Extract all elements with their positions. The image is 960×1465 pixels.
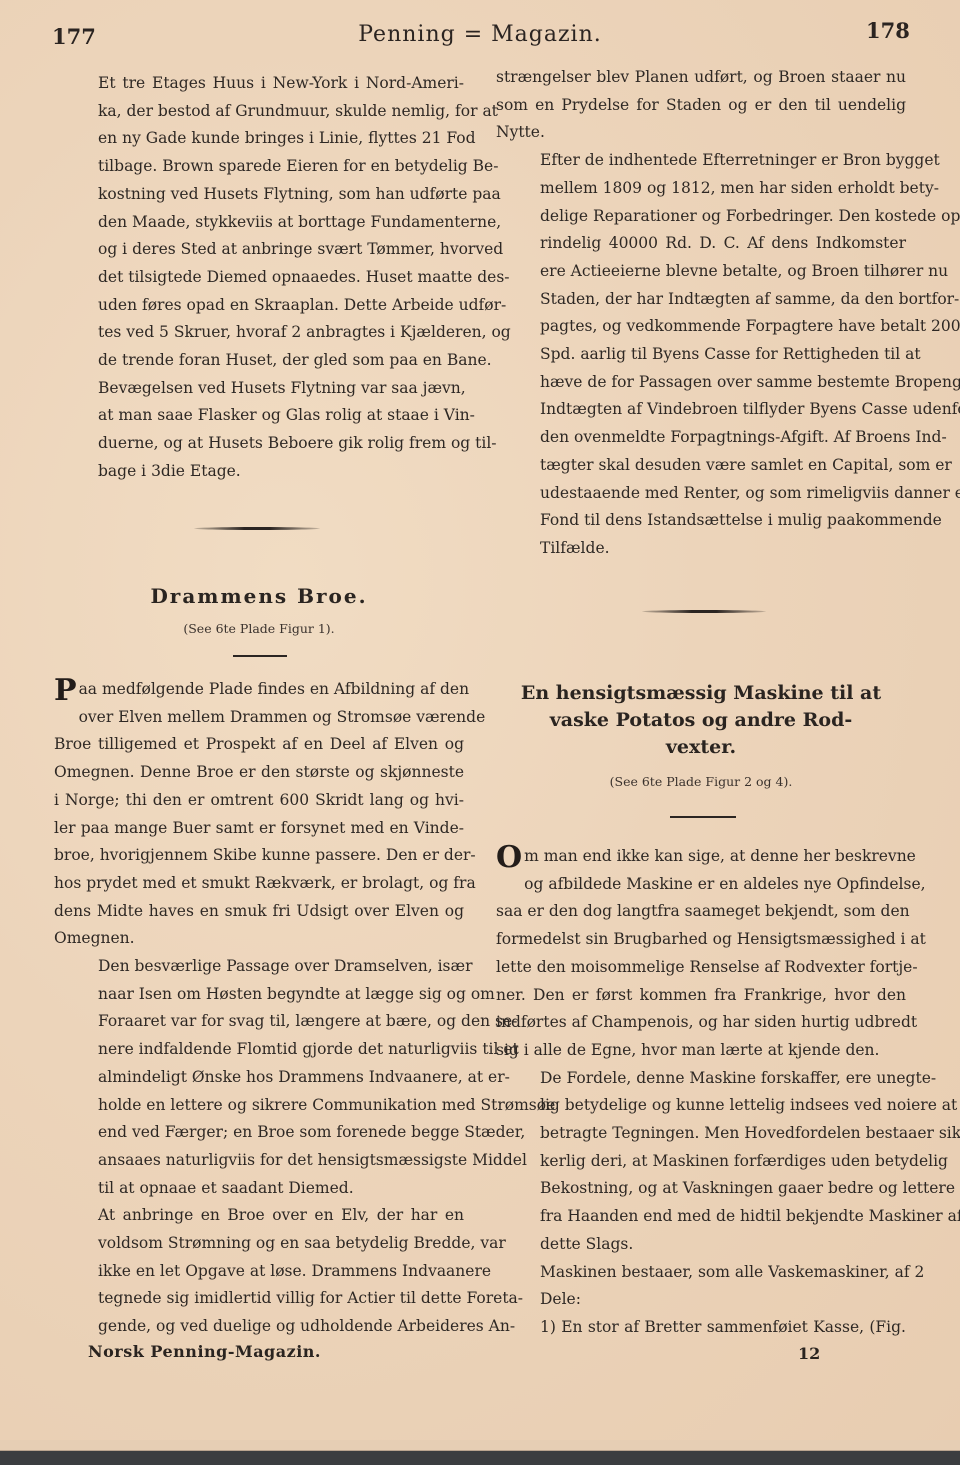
text-line: indførtes af Champenois, og har siden hu…	[496, 1009, 906, 1037]
text-line: Broe tilligemed et Prospekt af en Deel a…	[54, 731, 464, 759]
text-line: broe, hvorigjennem Skibe kunne passere. …	[54, 842, 464, 870]
text-line: hos prydet med et smukt Rækværk, er brol…	[54, 870, 464, 898]
text-line: mellem 1809 og 1812, men har siden erhol…	[496, 175, 906, 203]
signature-number: 12	[798, 1344, 820, 1363]
paragraph: Et tre Etages Huus i New-York i Nord-Ame…	[54, 70, 464, 375]
text-line: kostning ved Husets Flytning, som han ud…	[54, 181, 464, 209]
text-line: ansaaes naturligviis for det hensigtsmæs…	[54, 1147, 464, 1175]
text-line: tes ved 5 Skruer, hvoraf 2 anbragtes i K…	[54, 319, 464, 347]
paragraph: Den besværlige Passage over Dramselven, …	[54, 953, 464, 1202]
text-line: Indtægten af Vindebroen tilflyder Byens …	[496, 396, 906, 424]
text-line: og afbildede Maskine er en aldeles nye O…	[496, 871, 906, 899]
text-line: aa medfølgende Plade findes en Afbildnin…	[54, 676, 464, 704]
drop-cap: O	[496, 844, 522, 872]
text-line: som en Prydelse for Staden og er den til…	[496, 92, 906, 120]
running-title: Penning = Magazin.	[0, 22, 960, 47]
text-line: Et tre Etages Huus i New-York i Nord-Ame…	[54, 70, 464, 98]
paragraph: P aa medfølgende Plade findes en Afbildn…	[54, 676, 464, 953]
text-line: Foraaret var for svag til, længere at bæ…	[54, 1008, 464, 1036]
text-line: dens Midte haves en smuk fri Udsigt over…	[54, 898, 464, 926]
text-line: almindeligt Ønske hos Drammens Indvaaner…	[54, 1064, 464, 1092]
text-line: udestaaende med Renter, og som rimeligvi…	[496, 480, 906, 508]
text-line: lette den moisommelige Renselse af Rodve…	[496, 954, 906, 982]
text-line: Den besværlige Passage over Dramselven, …	[54, 953, 464, 981]
right-column-article-body: O m man end ikke kan sige, at denne her …	[496, 843, 906, 1342]
drop-cap: P	[54, 677, 77, 705]
text-line: formedelst sin Brugbarhed og Hensigtsmæs…	[496, 926, 906, 954]
text-line: Bevægelsen ved Husets Flytning var saa j…	[54, 375, 464, 403]
text-line: Tilfælde.	[496, 535, 906, 563]
text-line: en ny Gade kunde bringes i Linie, flytte…	[54, 125, 464, 153]
text-line: bage i 3die Etage.	[54, 458, 464, 486]
title-line: vexter.	[496, 734, 906, 761]
text-line: m man end ikke kan sige, at denne her be…	[496, 843, 906, 871]
text-line: sig i alle de Egne, hvor man lærte at kj…	[496, 1037, 906, 1065]
text-line: til at opnaae et saadant Diemed.	[54, 1175, 464, 1203]
article-subtitle-plate-ref: (See 6te Plade Figur 1).	[54, 621, 464, 636]
text-line: Bekostning, og at Vaskningen gaaer bedre…	[496, 1175, 906, 1203]
text-line: pagtes, og vedkommende Forpagtere have b…	[496, 313, 906, 341]
paragraph: De Fordele, denne Maskine forskaffer, er…	[496, 1065, 906, 1259]
text-line: Spd. aarlig til Byens Casse for Rettighe…	[496, 341, 906, 369]
text-line: De Fordele, denne Maskine forskaffer, er…	[496, 1065, 906, 1093]
text-line: saa er den dog langtfra saameget bekjend…	[496, 898, 906, 926]
right-column-continuation: strængelser blev Planen udført, og Broen…	[496, 64, 906, 563]
text-line: ikke en let Opgave at løse. Drammens Ind…	[54, 1258, 464, 1286]
text-line: Fond til dens Istandsættelse i mulig paa…	[496, 507, 906, 535]
section-divider	[194, 527, 320, 530]
text-line: At anbringe en Broe over en Elv, der har…	[54, 1202, 464, 1230]
text-line: 1) En stor af Bretter sammenføiet Kasse,…	[496, 1314, 906, 1342]
book-page: 177 Penning = Magazin. 178 Et tre Etages…	[0, 0, 960, 1446]
text-line: at man saae Flasker og Glas rolig at sta…	[54, 402, 464, 430]
left-column-article-body: P aa medfølgende Plade findes en Afbildn…	[54, 676, 464, 1341]
text-line: uden føres opad en Skraaplan. Dette Arbe…	[54, 292, 464, 320]
text-line: og i deres Sted at anbringe svært Tømmer…	[54, 236, 464, 264]
text-line: naar Isen om Høsten begyndte at lægge si…	[54, 981, 464, 1009]
title-line: vaske Potatos og andre Rod-	[496, 707, 906, 734]
text-line: ka, der bestod af Grundmuur, skulde neml…	[54, 98, 464, 126]
text-line: Omegnen. Denne Broe er den største og sk…	[54, 759, 464, 787]
text-line: dette Slags.	[496, 1231, 906, 1259]
paragraph: Bevægelsen ved Husets Flytning var saa j…	[54, 375, 464, 486]
text-line: Dele:	[496, 1286, 906, 1314]
page-edge	[0, 1440, 960, 1451]
paragraph: Efter de indhentede Efterretninger er Br…	[496, 147, 906, 563]
text-line: kerlig deri, at Maskinen forfærdiges ude…	[496, 1148, 906, 1176]
text-line: gende, og ved duelige og udholdende Arbe…	[54, 1313, 464, 1341]
text-line: strængelser blev Planen udført, og Broen…	[496, 64, 906, 92]
text-line: ner. Den er først kommen fra Frankrige, …	[496, 982, 906, 1010]
text-line: betragte Tegningen. Men Hovedfordelen be…	[496, 1120, 906, 1148]
text-line: duerne, og at Husets Beboere gik rolig f…	[54, 430, 464, 458]
text-line: ler paa mange Buer samt er forsynet med …	[54, 815, 464, 843]
text-line: i Norge; thi den er omtrent 600 Skridt l…	[54, 787, 464, 815]
title-rule	[670, 816, 736, 818]
page-header: 177 Penning = Magazin. 178	[0, 14, 960, 54]
text-line: Omegnen.	[54, 925, 464, 953]
left-column-intro: Et tre Etages Huus i New-York i Nord-Ame…	[54, 70, 464, 486]
page-number-right: 178	[866, 18, 910, 43]
text-line: holde en lettere og sikrere Communikatio…	[54, 1092, 464, 1120]
signature-line: Norsk Penning-Magazin.	[88, 1342, 321, 1361]
text-line: rindelig 40000 Rd. D. C. Af dens Indkoms…	[496, 230, 906, 258]
text-line: de trende foran Huset, der gled som paa …	[54, 347, 464, 375]
text-line: den ovenmeldte Forpagtnings-Afgift. Af B…	[496, 424, 906, 452]
text-line: Nytte.	[496, 119, 906, 147]
text-line: voldsom Strømning og en saa betydelig Br…	[54, 1230, 464, 1258]
section-divider	[642, 610, 766, 613]
article-title-maskine: En hensigtsmæssig Maskine til at vaske P…	[496, 680, 906, 761]
text-line: Maskinen bestaaer, som alle Vaskemaskine…	[496, 1259, 906, 1287]
text-line: hæve de for Passagen over samme bestemte…	[496, 369, 906, 397]
text-line: tægter skal desuden være samlet en Capit…	[496, 452, 906, 480]
text-line: tilbage. Brown sparede Eieren for en bet…	[54, 153, 464, 181]
text-line: end ved Færger; en Broe som forenede beg…	[54, 1119, 464, 1147]
text-line: delige Reparationer og Forbedringer. Den…	[496, 203, 906, 231]
title-line: En hensigtsmæssig Maskine til at	[496, 680, 906, 707]
text-line: Efter de indhentede Efterretninger er Br…	[496, 147, 906, 175]
text-line: over Elven mellem Drammen og Stromsøe væ…	[54, 704, 464, 732]
text-line: lig betydelige og kunne lettelig indsees…	[496, 1092, 906, 1120]
paragraph: Maskinen bestaaer, som alle Vaskemaskine…	[496, 1259, 906, 1314]
text-line: det tilsigtede Diemed opnaaedes. Huset m…	[54, 264, 464, 292]
text-line: Staden, der har Indtægten af samme, da d…	[496, 286, 906, 314]
paragraph: 1) En stor af Bretter sammenføiet Kasse,…	[496, 1314, 906, 1342]
text-line: nere indfaldende Flomtid gjorde det natu…	[54, 1036, 464, 1064]
article-title-drammens-broe: Drammens Broe.	[54, 584, 464, 608]
text-line: den Maade, stykkeviis at borttage Fundam…	[54, 209, 464, 237]
text-line: fra Haanden end med de hidtil bekjendte …	[496, 1203, 906, 1231]
paragraph: strængelser blev Planen udført, og Broen…	[496, 64, 906, 147]
article-subtitle-plate-ref: (See 6te Plade Figur 2 og 4).	[496, 774, 906, 789]
text-line: ere Actieeierne blevne betalte, og Broen…	[496, 258, 906, 286]
paragraph: At anbringe en Broe over en Elv, der har…	[54, 1202, 464, 1341]
paragraph: O m man end ikke kan sige, at denne her …	[496, 843, 906, 1065]
title-rule	[233, 655, 287, 657]
text-line: tegnede sig imidlertid villig for Actier…	[54, 1285, 464, 1313]
